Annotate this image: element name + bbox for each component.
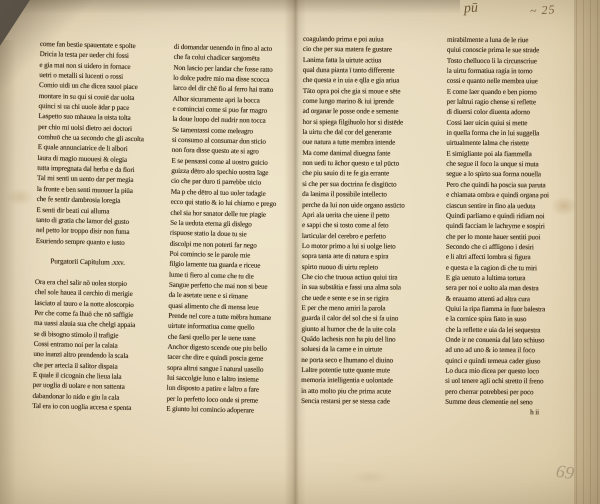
right-page-column-b: mirabilmente a luna de le riuequiui cono… xyxy=(445,35,575,418)
verse-line: Tāto opra poi che gia si moue e sēte xyxy=(303,86,440,97)
left-page-column-a: come fan bestie spauentate e spolteDrici… xyxy=(32,39,168,414)
verse-line: si uol tenere agli ochi stretto il freno xyxy=(445,376,573,387)
verse-line: uirtualmente lalma che ristette xyxy=(446,138,574,149)
verse-line: E simigliante poi ala fiammella xyxy=(446,149,574,160)
verse-line: Pero che quindi ha poscia sua paruta xyxy=(446,180,574,191)
verse-line: Lo duca mio dicea per questo loco xyxy=(445,366,573,377)
verse-line: coagulando prima e poi auiua xyxy=(303,34,440,45)
verse-line: Ma come danimal diuegna fante xyxy=(302,148,439,159)
verse-line: ad uno ad uno & io temea il foco xyxy=(445,345,573,356)
verse-line: E per che meno amiri la parola xyxy=(302,303,439,314)
verse-line: Tosto chelluoco li la circunscriue xyxy=(447,55,575,66)
verse-line: sopra tanta arte di natura e spira xyxy=(302,251,439,262)
paper-stain xyxy=(350,470,390,484)
verse-line: in sua substātia e fassi una alma sola xyxy=(302,282,439,293)
verse-line: spirto nuouo di uirtu repleto xyxy=(302,262,439,273)
verse-line: giunto al humor che de la uite cola xyxy=(301,324,438,335)
verse-line: Lanima fatta la uirtute actiua xyxy=(303,55,440,66)
verse-line: per laltrui ragio chense si reflette xyxy=(447,97,575,108)
verse-line: memoria intelligentia e uolontade xyxy=(301,375,438,386)
right-page: coagulando prima e poi auiuacio che per … xyxy=(301,34,575,418)
verse-line: sera per noi e uolto ala man destra xyxy=(446,283,574,294)
handwritten-folio-abbreviation: pū xyxy=(464,1,479,18)
verse-line: E giunto lui comincio adoperare xyxy=(166,404,294,417)
verse-line: quinci e quindi temeua cader giuso xyxy=(445,355,573,366)
verse-line: e la cornice spira fiato in suso xyxy=(445,314,573,325)
verse-line: in atto molto piu che prima acute xyxy=(301,386,438,397)
verse-line: Quindi parliamo e quindi ridiam noi xyxy=(446,211,574,222)
verse-line: segue a lo spirto sua forma nouella xyxy=(446,169,574,180)
verse-line: la uirtu che dal cor del generante xyxy=(302,127,439,138)
verse-line: Tal era io con uoglia accesa e spenta xyxy=(32,401,160,414)
left-page: come fan bestie spauentate e spolteDrici… xyxy=(32,39,302,417)
handwritten-folio-number: ~ 25 xyxy=(530,2,556,19)
verse-line: che per lo monte hauer sentiti puoi xyxy=(446,231,574,242)
verse-line: la uirtu formatiua ragia in torno xyxy=(447,66,575,77)
verse-line: di diuersi color diuenta adorno xyxy=(447,107,575,118)
verse-line: E come laer quando e ben piorno xyxy=(447,86,575,97)
verse-line: che segue il foco la unque si muta xyxy=(446,159,574,170)
verse-line: Sencia restarsi per se stessa cade xyxy=(301,396,438,407)
verse-line: quiui conoscie prima le sue strade xyxy=(447,45,575,56)
verse-line: perche da lui non uide organo assūcto xyxy=(302,199,439,210)
canto25-beginning: Ora era chel salir nō uolea storpiochel … xyxy=(32,277,163,414)
canto25-continuation: mirabilmente a luna de le riuequiui cono… xyxy=(445,35,575,408)
paper-stain xyxy=(6,188,34,206)
top-edge-shadow xyxy=(0,0,460,14)
verse-line: Apri ala uerita che uiene il petto xyxy=(302,210,439,221)
verse-line: Esuriendo sempre quanto e iusto xyxy=(36,235,164,248)
verse-line: mirabilmente a luna de le riue xyxy=(447,35,575,46)
verse-line: Lo motor primo a lui si uolge lieto xyxy=(302,241,439,252)
verse-line: e li altri affecti lombra si figura xyxy=(446,252,574,263)
verse-line: larticular del cerebro e perfetto xyxy=(302,231,439,242)
fore-edge-leaf-lines xyxy=(576,0,600,504)
verse-line: Cossi laer uicin quiui si mette xyxy=(447,118,575,129)
verse-line: Secondo che ci affligono i desiri xyxy=(446,242,574,253)
verse-line: soluesi da la carne e in uirtute xyxy=(301,344,438,355)
verse-line: qual duna pianta ī tanto differente xyxy=(303,65,440,76)
verse-line: e questa e la cagion di che tu miri xyxy=(446,262,574,273)
verse-line: Che cio che truoua actiuo quiui tira xyxy=(302,272,439,283)
verse-line: Onde ir ne conuenia dal lato schiuso xyxy=(445,335,573,346)
verse-line: E gia uenuto a lultima tortura xyxy=(446,273,574,284)
left-page-column-b: di domandar uenendo in fino al actoche f… xyxy=(166,42,302,417)
quire-signature: h ii xyxy=(445,407,573,418)
verse-line: pero cherrar potrebbesi per poco xyxy=(445,386,573,397)
verse-line: & erauamo attenti ad altra cura xyxy=(446,293,574,304)
verse-line: che uede e sente e se in se rigira xyxy=(302,293,439,304)
verse-line: da lanima il possibile intellecto xyxy=(302,189,439,200)
verse-line: che piu sauio di te fe gia errante xyxy=(302,168,439,179)
verse-line: e chiamata ombra e quindi organa poi xyxy=(446,190,574,201)
verse-line: ciascun sentire in fino ala ueduta xyxy=(446,200,574,211)
verse-line: Summe deus clementie nel seno xyxy=(445,397,573,408)
verse-line: cio che per sua matera fe gustare xyxy=(303,44,440,55)
verse-line: come lungo marino & iui iprende xyxy=(303,96,440,107)
verse-line: guarda il calor del sol che si fa uino xyxy=(301,313,438,324)
verse-line: si che per sua doctrina fe disgiūcto xyxy=(302,179,439,190)
canto24-ending: come fan bestie spauentate e spolteDrici… xyxy=(36,39,168,249)
paper-spread: come fan bestie spauentate e spolteDrici… xyxy=(0,0,600,504)
right-page-column-a: coagulando prima e poi auiuacio che per … xyxy=(301,34,440,417)
verse-line: Laltre potentie tutte quante mute xyxy=(301,365,438,376)
verse-line: oue natura a tutte membra intende xyxy=(302,137,439,148)
fore-edge-leaves xyxy=(574,0,600,504)
verse-line: in quella forma che in lui suggella xyxy=(446,128,574,139)
left-edge-shadow xyxy=(0,40,16,504)
verse-line: e sappi che si tosto come al feto xyxy=(302,220,439,231)
verse-line: hor si spiega filgihuolo hor si distēde xyxy=(303,117,440,128)
pencil-folio-number: 69 xyxy=(554,461,575,485)
chapter-heading: Purgatorii Capitulum .xxv. xyxy=(35,256,163,269)
verse-line: quindi facciam le lachryme e sospiri xyxy=(446,221,574,232)
verse-line: Quiui la ripa fiamma in fuor balestra xyxy=(446,304,574,315)
verse-line: ad organar le posse onde e semente xyxy=(303,106,440,117)
verse-line: cossi e quanto nelle membra uiue xyxy=(447,76,575,87)
verse-line: che questa e in uia e qlla e gia ariua xyxy=(303,75,440,86)
verse-line: ne porta seco e lhumano el diuino xyxy=(301,355,438,366)
book-photo: come fan bestie spauentate e spolteDrici… xyxy=(0,0,600,504)
verse-line: non uedi tu āchor questo e tal pūcto xyxy=(302,158,439,169)
verse-line: che la reflette e uia da lei sequestra xyxy=(445,324,573,335)
verse-line: Quādo lachesis non ha piu del lino xyxy=(301,334,438,345)
